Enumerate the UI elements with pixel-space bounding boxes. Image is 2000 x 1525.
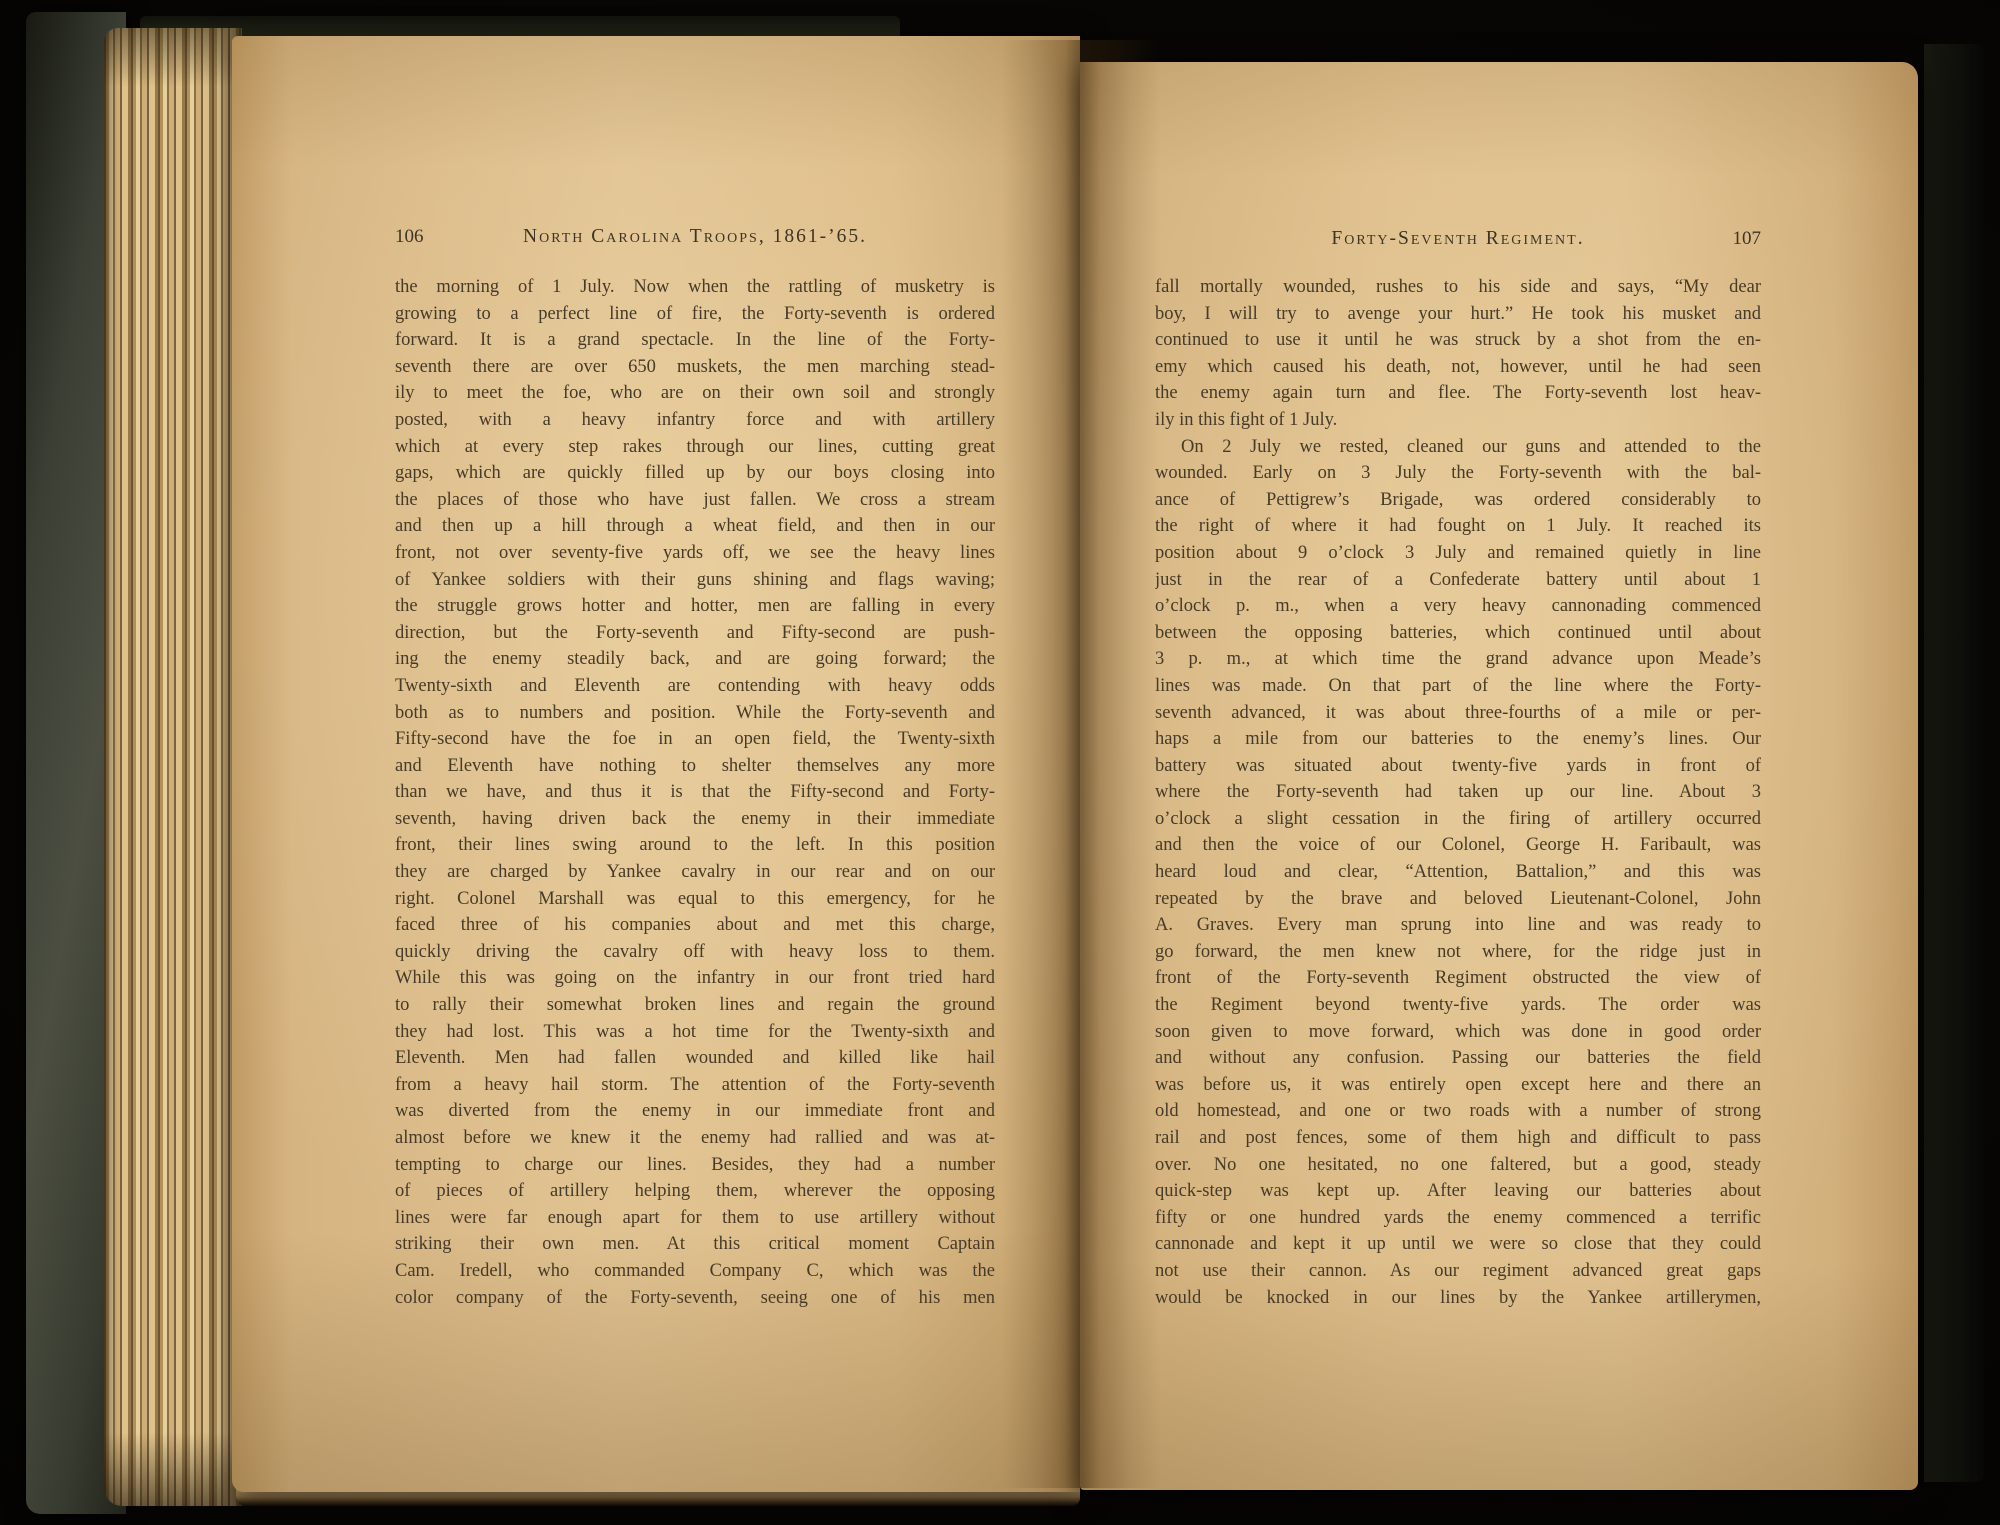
left-page-number: 106	[395, 226, 424, 248]
text-line: haps a mile from our batteries to the en…	[1155, 726, 1761, 753]
text-line: go forward, the men knew not where, for …	[1155, 939, 1761, 966]
text-line: fifty or one hundred yards the enemy com…	[1155, 1205, 1761, 1232]
text-line: and Eleventh have nothing to shelter the…	[395, 753, 995, 780]
text-line: cannonade and kept it up until we were s…	[1155, 1231, 1761, 1258]
text-line: A. Graves. Every man sprung into line an…	[1155, 912, 1761, 939]
text-line: over. No one hesitated, no one faltered,…	[1155, 1152, 1761, 1179]
text-line: they are charged by Yankee cavalry in ou…	[395, 859, 995, 886]
text-line: which at every step rakes through our li…	[395, 434, 995, 461]
text-line: lines were far enough apart for them to …	[395, 1205, 995, 1232]
text-line: fall mortally wounded, rushes to his sid…	[1155, 274, 1761, 301]
text-line: 3 p. m., at which time the grand advance…	[1155, 646, 1761, 673]
text-line: of pieces of artillery helping them, whe…	[395, 1178, 995, 1205]
text-line: front, their lines swing around to the l…	[395, 832, 995, 859]
text-line: quick-step was kept up. After leaving ou…	[1155, 1178, 1761, 1205]
right-page-header: Forty-Seventh Regiment. 107	[1155, 228, 1761, 256]
text-line: boy, I will try to avenge your hurt.” He…	[1155, 301, 1761, 328]
text-line: ance of Pettigrew’s Brigade, was ordered…	[1155, 487, 1761, 514]
text-line: continued to use it until he was struck …	[1155, 327, 1761, 354]
text-line: faced three of his companies about and m…	[395, 912, 995, 939]
text-line: battery was situated about twenty-five y…	[1155, 753, 1761, 780]
text-line: Eleventh. Men had fallen wounded and kil…	[395, 1045, 995, 1072]
text-line: of Yankee soldiers with their guns shini…	[395, 567, 995, 594]
text-line: repeated by the brave and beloved Lieute…	[1155, 886, 1761, 913]
right-running-title: Forty-Seventh Regiment.	[1155, 228, 1761, 250]
right-page-content: Forty-Seventh Regiment. 107 fall mortall…	[1155, 228, 1761, 1311]
text-line: just in the rear of a Confederate batter…	[1155, 567, 1761, 594]
book-cover-right	[1924, 44, 1984, 1482]
text-line: to rally their somewhat broken lines and…	[395, 992, 995, 1019]
text-line: the right of where it had fought on 1 Ju…	[1155, 513, 1761, 540]
text-line: ily to meet the foe, who are on their ow…	[395, 380, 995, 407]
text-line: than we have, and thus it is that the Fi…	[395, 779, 995, 806]
text-line: rail and post fences, some of them high …	[1155, 1125, 1761, 1152]
text-line: almost before we knew it the enemy had r…	[395, 1125, 995, 1152]
page-edge-stack	[104, 28, 242, 1506]
text-line: While this was going on the infantry in …	[395, 965, 995, 992]
text-line: from a heavy hail storm. The attention o…	[395, 1072, 995, 1099]
text-line: seventh, having driven back the enemy in…	[395, 806, 995, 833]
text-line: and then up a hill through a wheat field…	[395, 513, 995, 540]
text-line: soon given to move forward, which was do…	[1155, 1019, 1761, 1046]
text-line: seventh advanced, it was about three-fou…	[1155, 700, 1761, 727]
text-line: On 2 July we rested, cleaned our guns an…	[1155, 434, 1761, 461]
text-line: gaps, which are quickly filled up by our…	[395, 460, 995, 487]
right-page: Forty-Seventh Regiment. 107 fall mortall…	[1080, 62, 1918, 1490]
text-line: not use their cannon. As our regiment ad…	[1155, 1258, 1761, 1285]
text-line: was diverted from the enemy in our immed…	[395, 1098, 995, 1125]
text-line: the places of those who have just fallen…	[395, 487, 995, 514]
text-line: o’clock p. m., when a very heavy cannona…	[1155, 593, 1761, 620]
text-line: forward. It is a grand spectacle. In the…	[395, 327, 995, 354]
text-line: tempting to charge our lines. Besides, t…	[395, 1152, 995, 1179]
left-page-header: 106 North Carolina Troops, 1861-’65.	[395, 226, 995, 254]
text-line: the struggle grows hotter and hotter, me…	[395, 593, 995, 620]
text-line: posted, with a heavy infantry force and …	[395, 407, 995, 434]
text-line: the enemy again turn and flee. The Forty…	[1155, 380, 1761, 407]
left-running-title: North Carolina Troops, 1861-’65.	[395, 226, 995, 248]
text-line: between the opposing batteries, which co…	[1155, 620, 1761, 647]
text-line: ily in this fight of 1 July.	[1155, 407, 1761, 434]
text-line: was before us, it was entirely open exce…	[1155, 1072, 1761, 1099]
text-line: position about 9 o’clock 3 July and rema…	[1155, 540, 1761, 567]
text-line: would be knocked in our lines by the Yan…	[1155, 1285, 1761, 1312]
text-line: growing to a perfect line of fire, the F…	[395, 301, 995, 328]
text-line: ing the enemy steadily back, and are goi…	[395, 646, 995, 673]
text-line: quickly driving the cavalry off with hea…	[395, 939, 995, 966]
text-line: color company of the Forty-seventh, seei…	[395, 1285, 995, 1312]
text-line: Twenty-sixth and Eleventh are contending…	[395, 673, 995, 700]
left-page-text: the morning of 1 July. Now when the ratt…	[395, 274, 995, 1311]
text-line: both as to numbers and position. While t…	[395, 700, 995, 727]
text-line: the morning of 1 July. Now when the ratt…	[395, 274, 995, 301]
text-line: heard loud and clear, “Attention, Battal…	[1155, 859, 1761, 886]
text-line: Fifty-second have the foe in an open fie…	[395, 726, 995, 753]
text-line: front of the Forty-seventh Regiment obst…	[1155, 965, 1761, 992]
text-line: o’clock a slight cessation in the firing…	[1155, 806, 1761, 833]
text-line: emy which caused his death, not, however…	[1155, 354, 1761, 381]
text-line: and then the voice of our Colonel, Georg…	[1155, 832, 1761, 859]
right-page-text: fall mortally wounded, rushes to his sid…	[1155, 274, 1761, 1311]
text-line: front, not over seventy-five yards off, …	[395, 540, 995, 567]
text-line: and without any confusion. Passing our b…	[1155, 1045, 1761, 1072]
text-line: right. Colonel Marshall was equal to thi…	[395, 886, 995, 913]
right-page-number: 107	[1733, 228, 1762, 250]
left-page: 106 North Carolina Troops, 1861-’65. the…	[232, 36, 1080, 1492]
text-line: lines was made. On that part of the line…	[1155, 673, 1761, 700]
book-photo: 106 North Carolina Troops, 1861-’65. the…	[0, 0, 2000, 1525]
text-line: old homestead, and one or two roads with…	[1155, 1098, 1761, 1125]
text-line: the Regiment beyond twenty-five yards. T…	[1155, 992, 1761, 1019]
text-line: where the Forty-seventh had taken up our…	[1155, 779, 1761, 806]
text-line: wounded. Early on 3 July the Forty-seven…	[1155, 460, 1761, 487]
text-line: Cam. Iredell, who commanded Company C, w…	[395, 1258, 995, 1285]
left-page-content: 106 North Carolina Troops, 1861-’65. the…	[395, 226, 995, 1311]
text-line: direction, but the Forty-seventh and Fif…	[395, 620, 995, 647]
text-line: striking their own men. At this critical…	[395, 1231, 995, 1258]
text-line: seventh there are over 650 muskets, the …	[395, 354, 995, 381]
text-line: they had lost. This was a hot time for t…	[395, 1019, 995, 1046]
